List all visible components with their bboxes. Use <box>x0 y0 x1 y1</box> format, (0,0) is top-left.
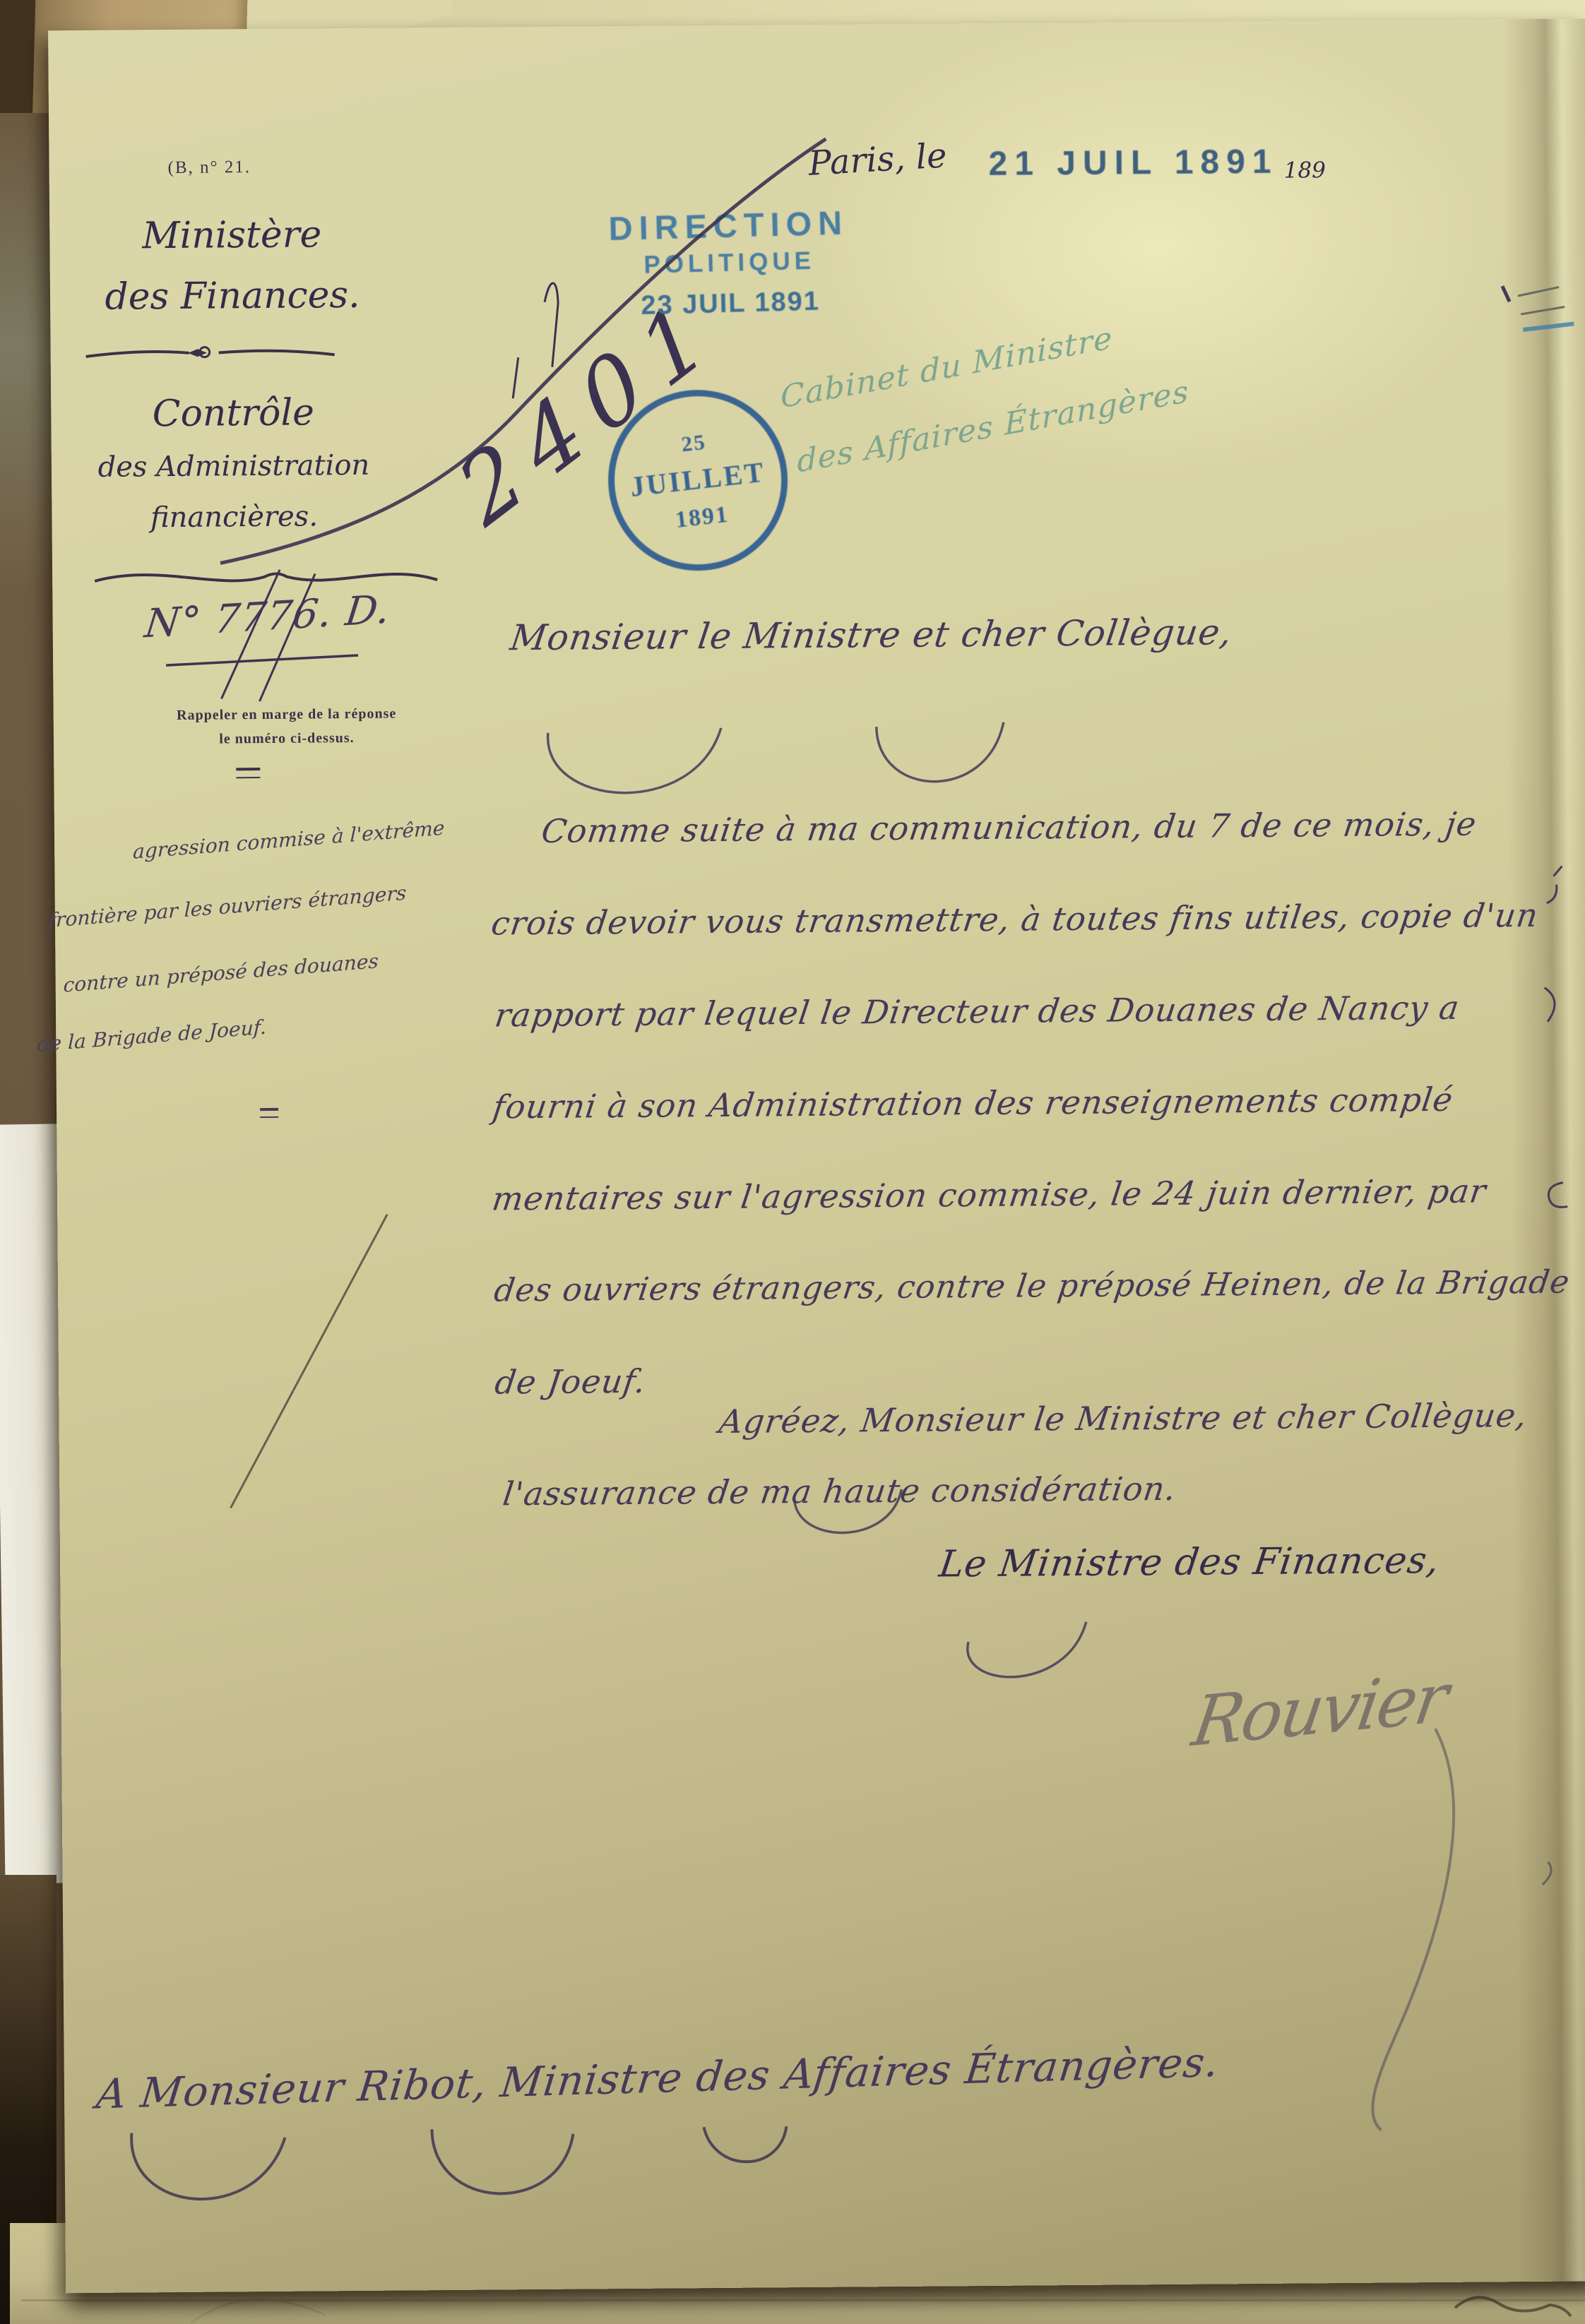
salutation-flourishes <box>547 722 1004 794</box>
registry-small-marks <box>512 283 559 398</box>
right-edge-fragments <box>1502 285 1585 1885</box>
ink-strokes-overlay <box>48 18 1585 2293</box>
photograph-of-archival-letter: (B, n° 21. Ministère des Finances. Contr… <box>0 0 1585 2324</box>
letterhead-ornament-1 <box>86 346 335 358</box>
signature-tail <box>1370 1729 1456 2131</box>
letter-page: (B, n° 21. Ministère des Finances. Contr… <box>48 18 1585 2293</box>
letterhead-ornament-2 <box>95 573 437 583</box>
reference-number-strokes <box>165 569 358 702</box>
closing-flourishes <box>794 1488 1086 1679</box>
pencil-line <box>228 1215 389 1508</box>
address-flourishes <box>131 2126 787 2200</box>
